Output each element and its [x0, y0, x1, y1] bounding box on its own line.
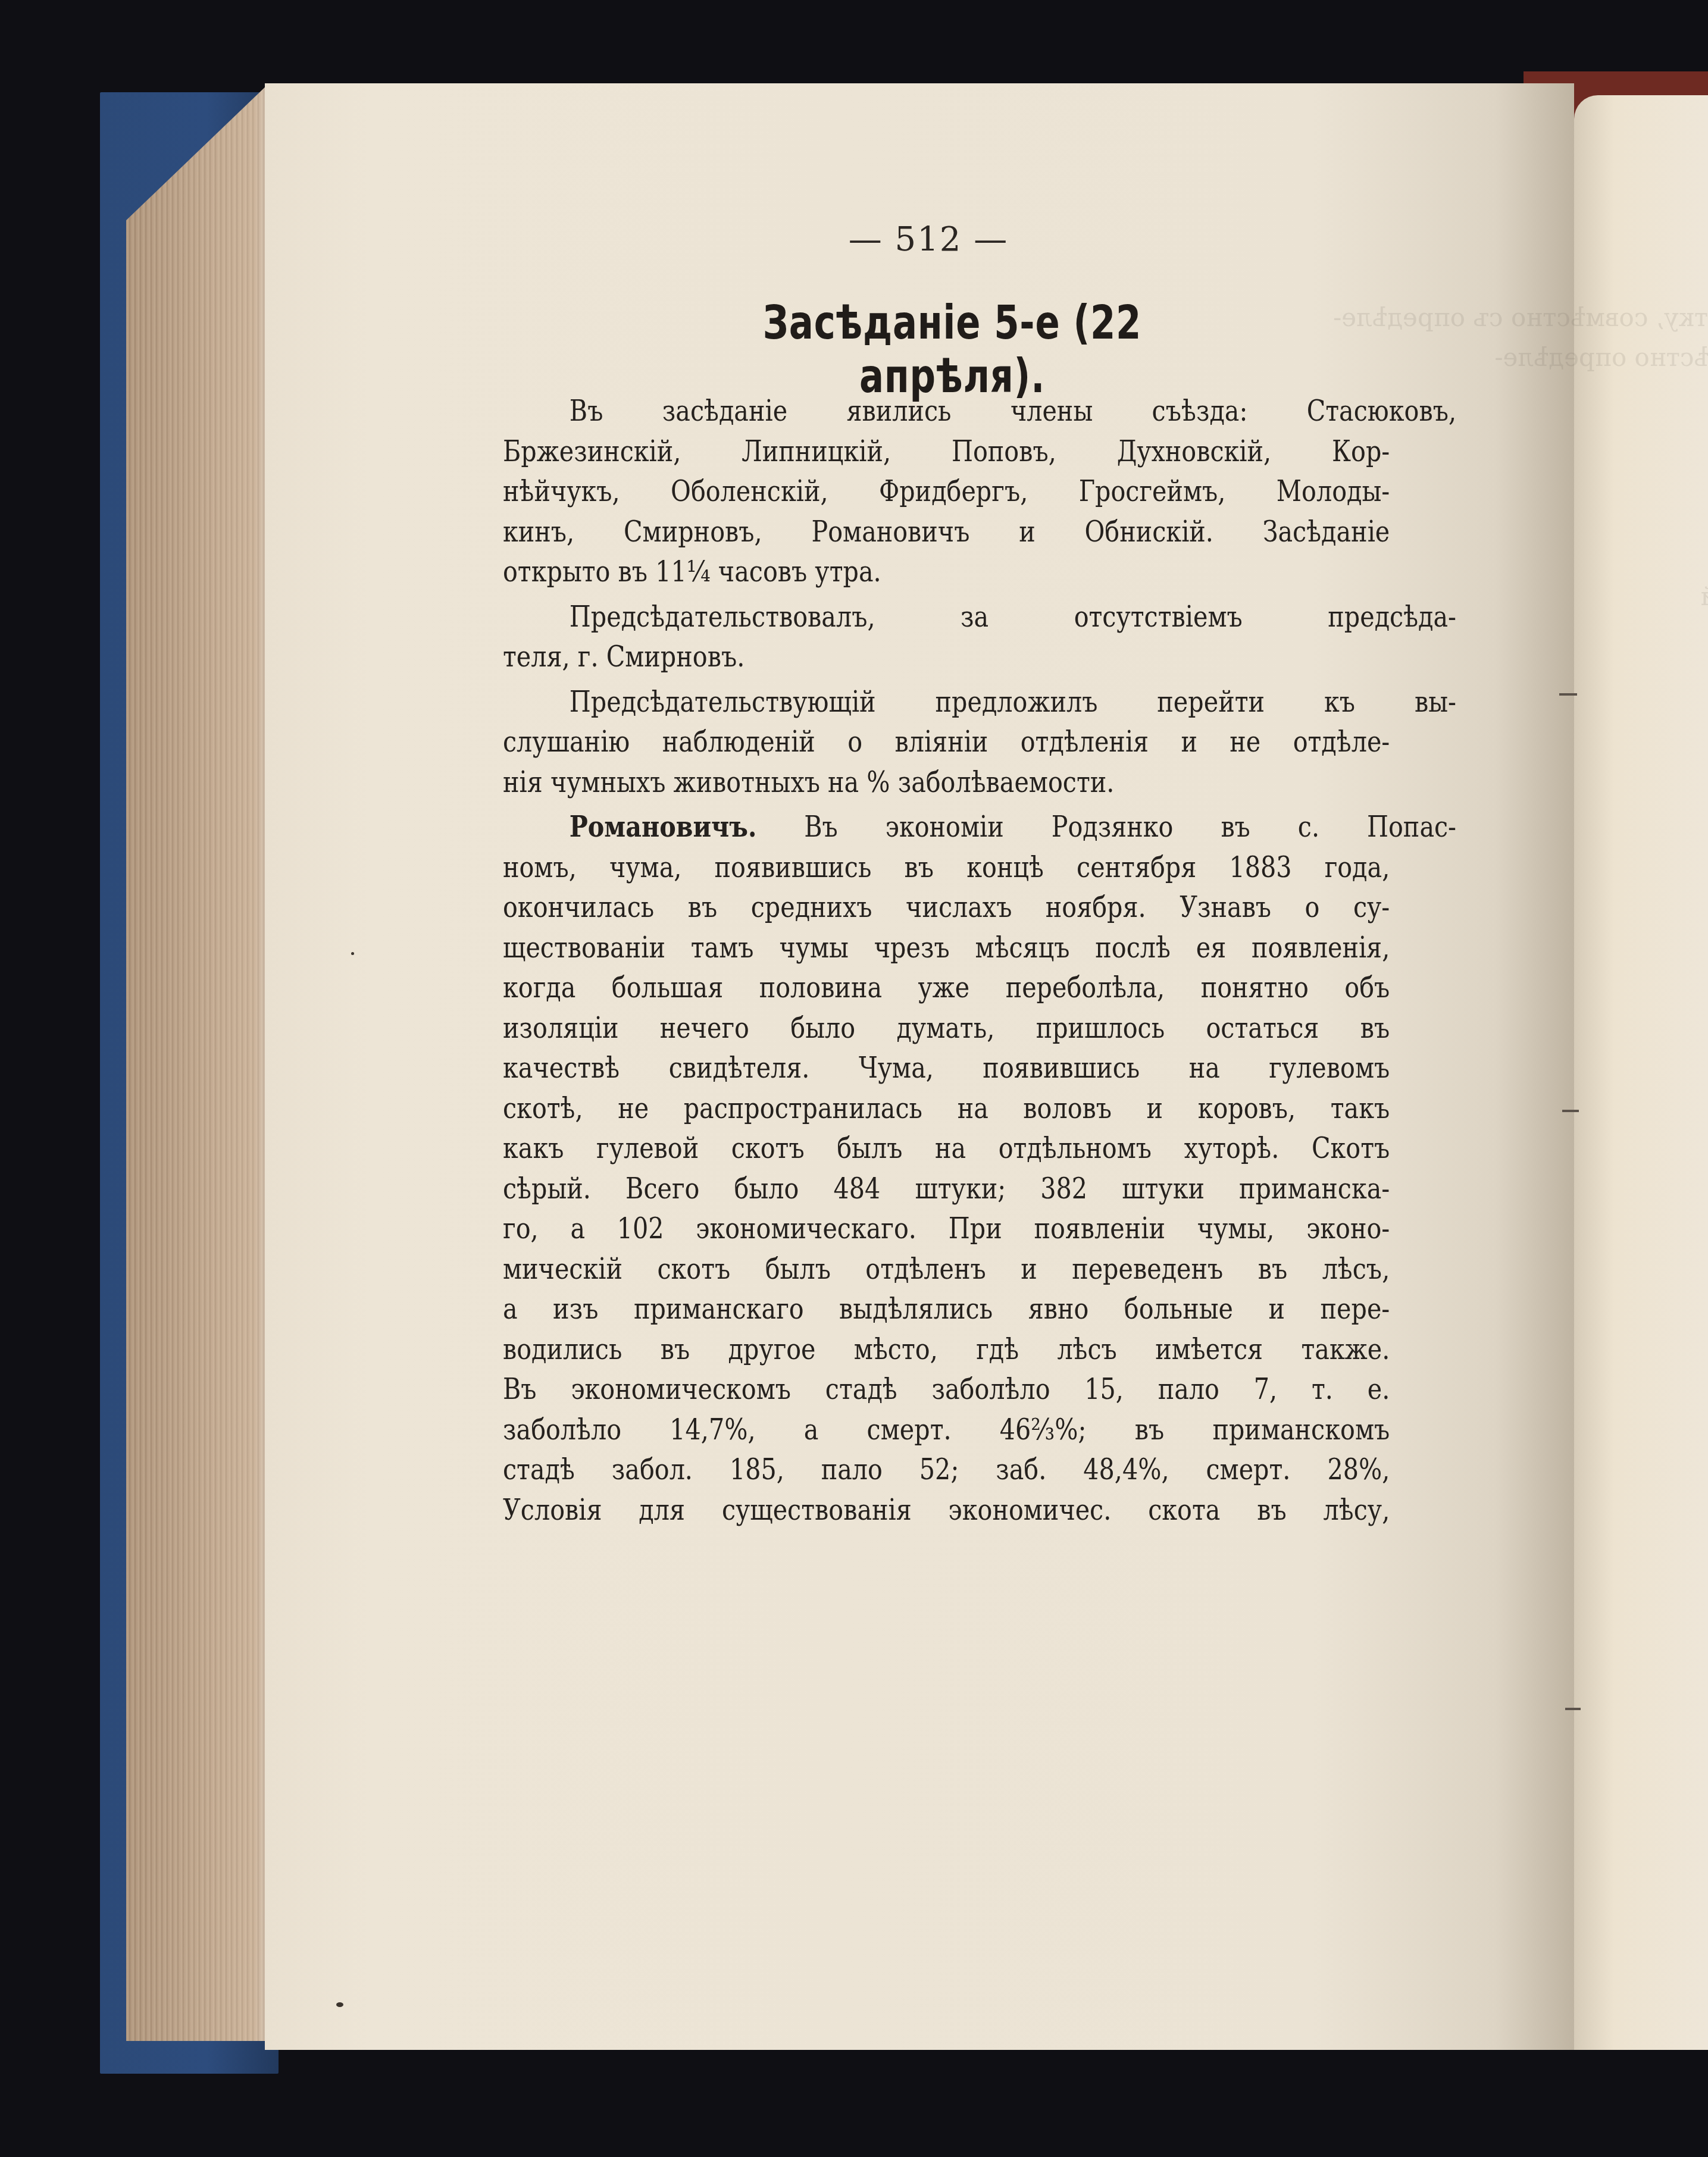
- paragraph-proposal: Предсѣдательствующій предложилъ перейти …: [503, 683, 1390, 803]
- paper-speck: [336, 2002, 343, 2007]
- bleed-line: сальнаго гурта по участку, совмѣстно опр…: [1333, 337, 1708, 377]
- paragraph-attendance: Въ засѣданіе явились члены съѣзда: Стасю…: [503, 392, 1390, 593]
- text-line: сѣрый. Всего было 484 штуки; 382 штуки п…: [503, 1169, 1390, 1210]
- paragraph-chairman: Предсѣдательствовалъ, за отсутствіемъ пр…: [503, 597, 1390, 678]
- text-line: Условія для существованія экономичес. ск…: [503, 1491, 1390, 1531]
- text-line: нія чумныхъ животныхъ на % заболѣваемост…: [503, 763, 1390, 803]
- text-line: ществованіи тамъ чумы чрезъ мѣсяцъ послѣ…: [503, 928, 1390, 969]
- text-line: номъ, чума, появившись въ концѣ сентября…: [503, 848, 1390, 888]
- text-line: слушанію наблюденій о вліяніи отдѣленія …: [503, 722, 1390, 763]
- text-line: изоляціи нечего было думать, пришлось ос…: [503, 1009, 1390, 1049]
- text-line: Бржезинскій, Липницкій, Поповъ, Духновск…: [503, 432, 1390, 472]
- page-stack-shading: [126, 83, 269, 2041]
- text-line: го, а 102 экономическаго. При появленіи …: [503, 1209, 1390, 1250]
- page-edge-mark: [1559, 693, 1577, 696]
- text-line: стадѣ забол. 185, пало 52; заб. 48,4%, с…: [503, 1450, 1390, 1491]
- bleed-line: ія гурта отдѣленіе гурта по участку, сов…: [1333, 298, 1708, 337]
- text-line: кинъ, Смирновъ, Романовичъ и Обнискій. З…: [503, 512, 1390, 553]
- text-line: Въ засѣданіе явились члены съѣзда: Стасю…: [503, 392, 1456, 432]
- text-line: Романовичъ. Въ экономіи Родзянко въ с. П…: [503, 807, 1456, 848]
- text-line: Предсѣдательствовалъ, за отсутствіемъ пр…: [503, 597, 1456, 638]
- body-text: Въ засѣданіе явились члены съѣзда: Стасю…: [503, 392, 1390, 1535]
- text-line: какъ гулевой скотъ былъ на отдѣльномъ ху…: [503, 1129, 1390, 1169]
- page-edge-mark: [1562, 1110, 1579, 1112]
- speaker-name: Романовичъ.: [570, 810, 756, 844]
- text-line-rest: Въ экономіи Родзянко въ с. Попас-: [756, 810, 1456, 844]
- section-title: Засѣданіе 5-е (22 апрѣля).: [674, 296, 1231, 403]
- text-line: а изъ приманскаго выдѣлялись явно больны…: [503, 1289, 1390, 1330]
- text-line: мическій скотъ былъ отдѣленъ и переведен…: [503, 1250, 1390, 1290]
- page-edge-mark: [1565, 1708, 1581, 1710]
- text-line: когда большая половина уже переболѣла, п…: [503, 968, 1390, 1009]
- text-line: окончилась въ среднихъ числахъ ноября. У…: [503, 888, 1390, 928]
- text-line: теля, г. Смирновъ.: [503, 637, 1390, 678]
- text-line: качествѣ свидѣтеля. Чума, появившись на …: [503, 1048, 1390, 1089]
- text-line: водились въ другое мѣсто, гдѣ лѣсъ имѣет…: [503, 1330, 1390, 1370]
- text-line: заболѣло 14,7%, а смерт. 46⅔%; въ приман…: [503, 1410, 1390, 1451]
- page-number: — 512 —: [809, 220, 1047, 259]
- text-line: нѣйчукъ, Оболенскій, Фридбергъ, Гросгейм…: [503, 472, 1390, 512]
- text-line: скотѣ, не распространилась на воловъ и к…: [503, 1089, 1390, 1129]
- paragraph-romanovich: Романовичъ. Въ экономіи Родзянко въ с. П…: [503, 807, 1390, 1530]
- text-line: открыто въ 11¼ часовъ утра.: [503, 552, 1390, 593]
- text-line: Предсѣдательствующій предложилъ перейти …: [503, 683, 1456, 723]
- text-line: Въ экономическомъ стадѣ заболѣло 15, пал…: [503, 1370, 1390, 1410]
- paper-speck: [351, 952, 354, 955]
